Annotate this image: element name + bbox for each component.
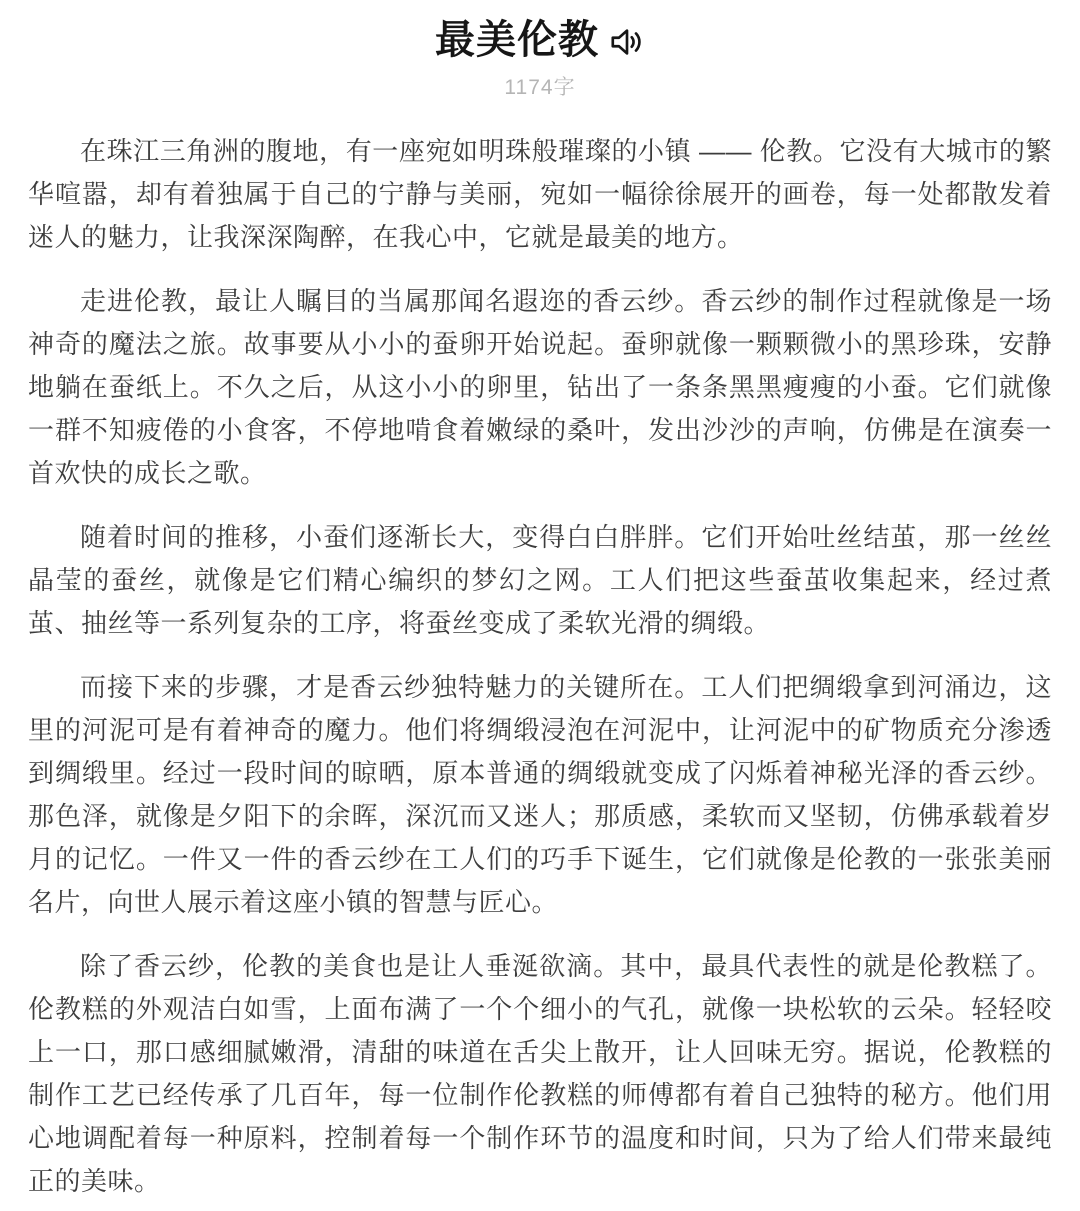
article-page: 最美伦教 1174字 在珠江三角洲的腹地，有一座宛如明珠般璀璨的小镇 —— 伦教… — [0, 0, 1080, 1211]
read-aloud-button[interactable] — [609, 26, 645, 58]
paragraph-4: 而接下来的步骤，才是香云纱独特魅力的关键所在。工人们把绸缎拿到河涌边，这里的河泥… — [28, 666, 1052, 924]
paragraph-5: 除了香云纱，伦教的美食也是让人垂涎欲滴。其中，最具代表性的就是伦教糕了。伦教糕的… — [28, 945, 1052, 1203]
paragraph-2: 走进伦教，最让人瞩目的当属那闻名遐迩的香云纱。香云纱的制作过程就像是一场神奇的魔… — [28, 280, 1052, 495]
word-count: 1174字 — [28, 76, 1052, 100]
article-body: 在珠江三角洲的腹地，有一座宛如明珠般璀璨的小镇 —— 伦教。它没有大城市的繁华喧… — [28, 130, 1052, 1203]
paragraph-1: 在珠江三角洲的腹地，有一座宛如明珠般璀璨的小镇 —— 伦教。它没有大城市的繁华喧… — [28, 130, 1052, 259]
paragraph-3: 随着时间的推移，小蚕们逐渐长大，变得白白胖胖。它们开始吐丝结茧，那一丝丝晶莹的蚕… — [28, 516, 1052, 645]
speaker-icon — [609, 26, 645, 58]
page-title: 最美伦教 — [28, 16, 1052, 64]
page-title-text: 最美伦教 — [435, 16, 599, 64]
article-header: 最美伦教 1174字 — [28, 16, 1052, 100]
